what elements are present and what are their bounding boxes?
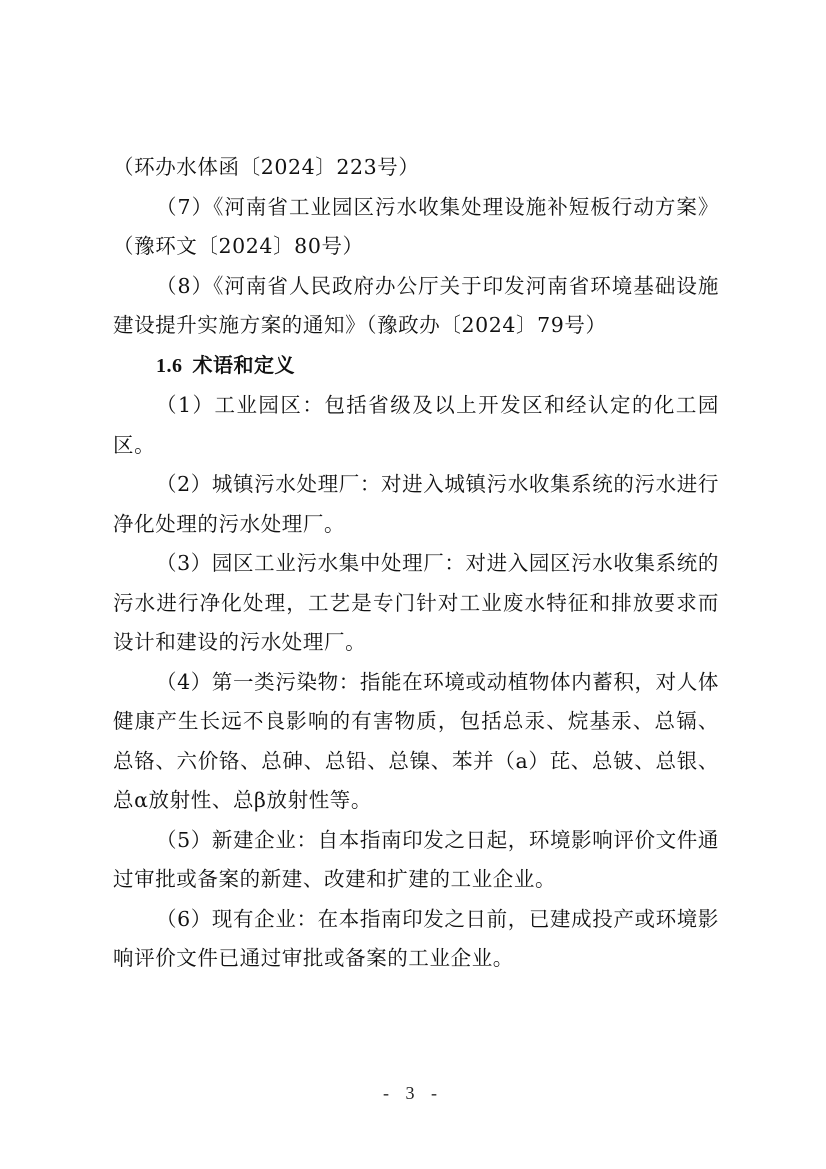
definition-class-one-pollutants: （4）第一类污染物：指能在环境或动植物体内蓄积，对人体健康产生长远不良影响的有害…	[113, 663, 719, 821]
definition-industrial-park: （1）工业园区：包括省级及以上开发区和经认定的化工园区。	[113, 386, 719, 465]
reference-7: （7）《河南省工业园区污水收集处理设施补短板行动方案》（豫环文〔2024〕80号…	[113, 188, 719, 267]
definition-existing-enterprise: （6）现有企业：在本指南印发之日前，已建成投产或环境影响评价文件已通过审批或备案…	[113, 900, 719, 979]
document-page: （环办水体函〔2024〕223号） （7）《河南省工业园区污水收集处理设施补短板…	[113, 148, 719, 979]
section-number: 1.6	[156, 355, 183, 377]
section-title: 术语和定义	[193, 353, 296, 377]
page-number: - 3 -	[0, 1083, 826, 1104]
section-heading: 1.6术语和定义	[113, 346, 719, 387]
reference-8: （8）《河南省人民政府办公厅关于印发河南省环境基础设施建设提升实施方案的通知》（…	[113, 267, 719, 346]
definition-park-industrial-sewage-plant: （3）园区工业污水集中处理厂：对进入园区污水收集系统的污水进行净化处理，工艺是专…	[113, 544, 719, 663]
reference-6-continuation: （环办水体函〔2024〕223号）	[113, 148, 719, 188]
definition-new-enterprise: （5）新建企业：自本指南印发之日起，环境影响评价文件通过审批或备案的新建、改建和…	[113, 821, 719, 900]
definition-urban-sewage-plant: （2）城镇污水处理厂：对进入城镇污水收集系统的污水进行净化处理的污水处理厂。	[113, 465, 719, 544]
